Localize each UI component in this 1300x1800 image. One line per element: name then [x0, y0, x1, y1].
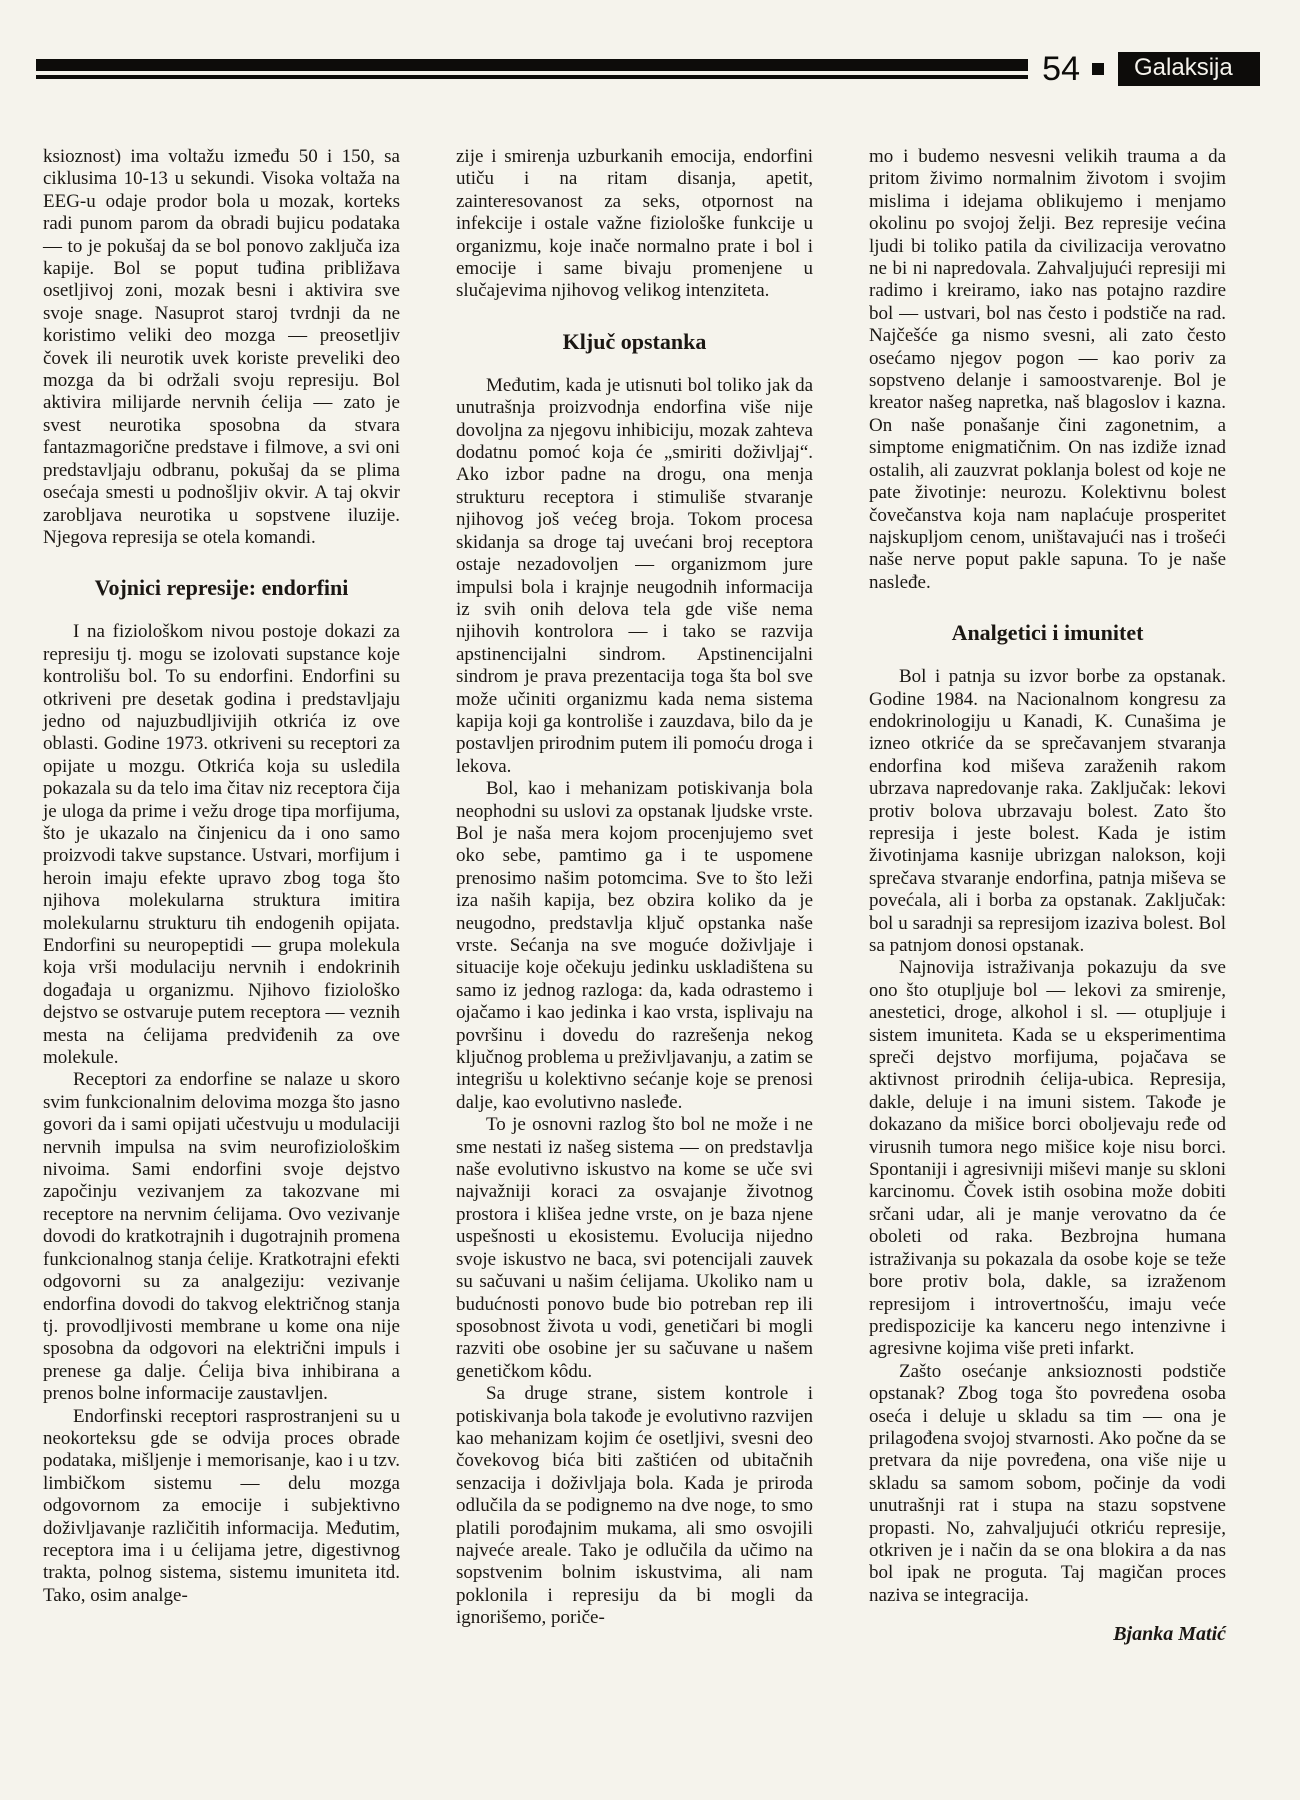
article-body: ksioznost) ima voltažu između 50 i 150, … [43, 146, 1225, 1646]
paragraph: ksioznost) ima voltažu između 50 i 150, … [43, 146, 400, 549]
section-heading-endorfini: Vojnici represije: endorfini [43, 575, 400, 601]
page-header: 54 Galaksija [36, 52, 1260, 86]
section-heading-kljuc-opstanka: Ključ opstanka [456, 329, 813, 355]
column-3: mo i budemo nesvesni velikih trauma a da… [869, 146, 1226, 1646]
page-number: 54 [1028, 52, 1090, 86]
header-rule-thin [36, 75, 1028, 79]
author-byline: Bjanka Matić [869, 1623, 1226, 1645]
column-1: ksioznost) ima voltažu između 50 i 150, … [43, 146, 400, 1646]
paragraph: Bol i patnja su izvor borbe za opstanak.… [869, 666, 1226, 957]
magazine-page: 54 Galaksija ksioznost) ima voltažu izme… [0, 0, 1300, 1800]
paragraph: Međutim, kada je utisnuti bol toliko jak… [456, 375, 813, 778]
section-heading-analgetici: Analgetici i imunitet [869, 620, 1226, 646]
paragraph: Bol, kao i mehanizam potiskivanja bola n… [456, 778, 813, 1114]
paragraph: Zašto osećanje anksioznosti podstiče ops… [869, 1361, 1226, 1607]
paragraph: Receptori za endorfine se nalaze u skoro… [43, 1069, 400, 1405]
paragraph: I na fiziološkom nivou postoje dokazi za… [43, 621, 400, 1069]
magazine-name-badge: Galaksija [1118, 52, 1260, 86]
paragraph: mo i budemo nesvesni velikih trauma a da… [869, 146, 1226, 594]
paragraph: To je osnovni razlog što bol ne može i n… [456, 1114, 813, 1383]
paragraph: Sa druge strane, sistem kontrole i potis… [456, 1383, 813, 1629]
column-2: zije i smirenja uzburkanih emocija, endo… [456, 146, 813, 1646]
paragraph: Endorfinski receptori rasprostranjeni su… [43, 1406, 400, 1608]
square-bullet-icon [1092, 63, 1104, 75]
header-rule [36, 59, 1028, 79]
paragraph: zije i smirenja uzburkanih emocija, endo… [456, 146, 813, 303]
header-rule-thick [36, 59, 1028, 71]
paragraph: Najnovija istraživanja pokazuju da sve o… [869, 957, 1226, 1360]
